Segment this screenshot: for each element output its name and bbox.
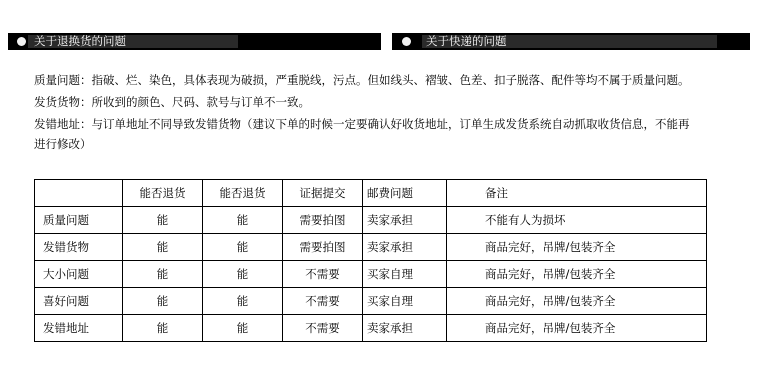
cell: 卖家承担 [363, 207, 447, 234]
cell: 需要拍图 [283, 234, 363, 261]
cell: 商品完好，吊牌/包装齐全 [447, 234, 707, 261]
quality-issue-text: 质量问题：指破、烂、染色，具体表现为破损，严重脱线，污点。但如线头、褶皱、色差、… [34, 72, 690, 88]
cell: 能 [203, 261, 283, 288]
cell: 能 [123, 315, 203, 342]
header-cell-exchangeable: 能否退货 [203, 180, 283, 207]
cell: 不能有人为损坏 [447, 207, 707, 234]
row-label: 质量问题 [35, 207, 123, 234]
cell: 不需要 [283, 261, 363, 288]
table-row: 喜好问题 能 能 不需要 买家自理 商品完好，吊牌/包装齐全 [35, 288, 707, 315]
cell: 卖家承担 [363, 234, 447, 261]
row-label: 大小问题 [35, 261, 123, 288]
wrong-address-text-cont: 进行修改） [34, 136, 92, 152]
cell: 不需要 [283, 288, 363, 315]
header-cell-remarks: 备注 [447, 180, 707, 207]
cell: 商品完好，吊牌/包装齐全 [447, 315, 707, 342]
table-header-row: 能否退货 能否退货 证据提交 邮费问题 备注 [35, 180, 707, 207]
header-cell-evidence: 证据提交 [283, 180, 363, 207]
return-policy-table: 能否退货 能否退货 证据提交 邮费问题 备注 质量问题 能 能 需要拍图 卖家承… [34, 179, 707, 342]
cell: 能 [203, 315, 283, 342]
cell: 能 [123, 261, 203, 288]
cell: 能 [203, 234, 283, 261]
section-header-returns: 关于退换货的问题 [8, 33, 381, 50]
table-row: 大小问题 能 能 不需要 买家自理 商品完好，吊牌/包装齐全 [35, 261, 707, 288]
cell: 买家自理 [363, 288, 447, 315]
bullet-icon [402, 37, 411, 46]
cell: 卖家承担 [363, 315, 447, 342]
cell: 商品完好，吊牌/包装齐全 [447, 288, 707, 315]
cell: 需要拍图 [283, 207, 363, 234]
header-cell-shipping-fee: 邮费问题 [363, 180, 447, 207]
header-cell-returnable: 能否退货 [123, 180, 203, 207]
cell: 能 [123, 234, 203, 261]
cell: 能 [123, 288, 203, 315]
cell: 商品完好，吊牌/包装齐全 [447, 261, 707, 288]
section-title-returns: 关于退换货的问题 [34, 34, 126, 49]
cell: 能 [203, 207, 283, 234]
row-label: 喜好问题 [35, 288, 123, 315]
row-label: 发错地址 [35, 315, 123, 342]
row-label: 发错货物 [35, 234, 123, 261]
table-row: 发错地址 能 能 不需要 卖家承担 商品完好，吊牌/包装齐全 [35, 315, 707, 342]
bullet-icon [17, 37, 26, 46]
table-row: 质量问题 能 能 需要拍图 卖家承担 不能有人为损坏 [35, 207, 707, 234]
cell: 不需要 [283, 315, 363, 342]
cell: 能 [123, 207, 203, 234]
section-header-shipping: 关于快递的问题 [392, 33, 750, 50]
cell: 买家自理 [363, 261, 447, 288]
wrong-goods-text: 发货货物：所收到的颜色、尺码、款号与订单不一致。 [34, 94, 310, 110]
cell: 能 [203, 288, 283, 315]
wrong-address-text: 发错地址：与订单地址不同导致发错货物（建议下单的时候一定要确认好收货地址，订单生… [34, 116, 690, 132]
table-row: 发错货物 能 能 需要拍图 卖家承担 商品完好，吊牌/包装齐全 [35, 234, 707, 261]
section-title-shipping: 关于快递的问题 [426, 34, 507, 49]
header-cell [35, 180, 123, 207]
